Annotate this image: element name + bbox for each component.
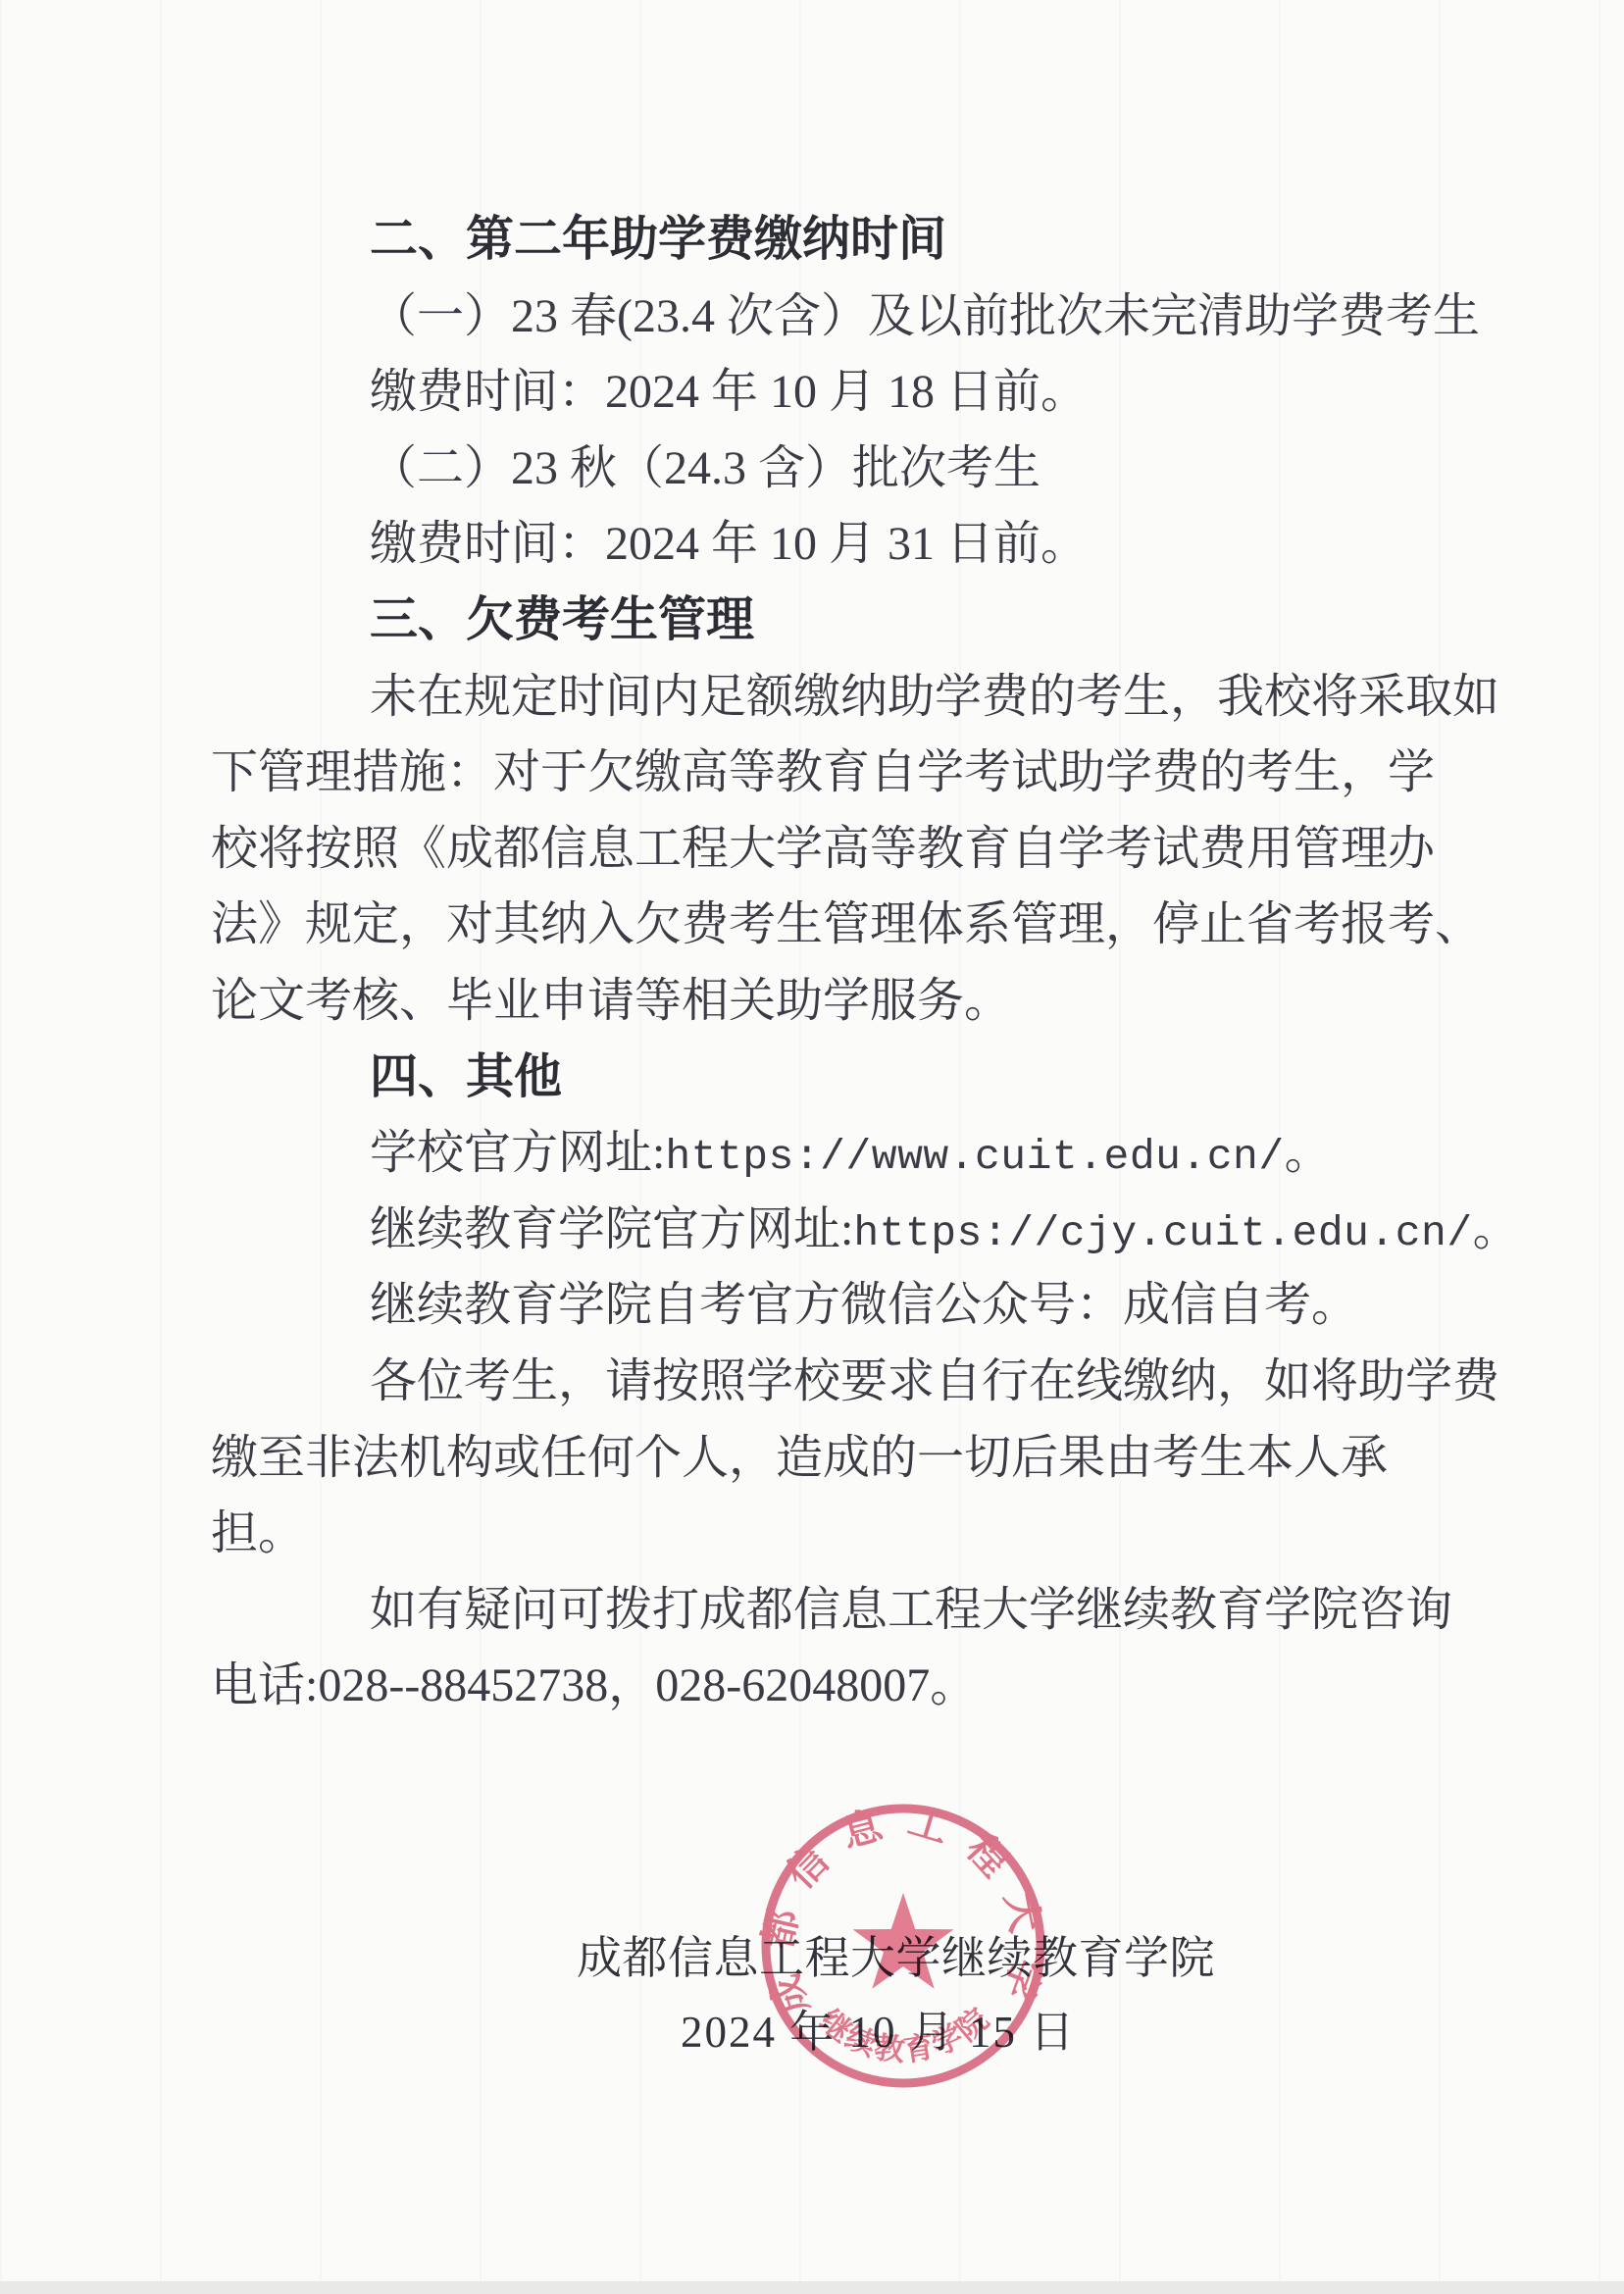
wechat-line: 继续教育学院自考官方微信公众号：成信自考。 <box>211 1267 1448 1344</box>
notice-body: 二、第二年助学费缴纳时间 （一）23 春(23.4 次含）及以前批次未完清助学费… <box>211 202 1448 1724</box>
batch-item-1: （一）23 春(23.4 次含）及以前批次未完清助学费考生 <box>211 279 1448 355</box>
para-contact-line-1: 如有疑问可拨打成都信息工程大学继续教育学院咨询 <box>211 1572 1448 1649</box>
para-arrears-line-5: 论文考核、毕业申请等相关助学服务。 <box>211 963 1448 1040</box>
official-seal-stamp: 成都信息工程大学 继续教育学院 <box>756 1799 1050 2093</box>
para-arrears-line-3: 校将按照《成都信息工程大学高等教育自学考试费用管理办 <box>211 811 1448 888</box>
para-notice-line-2: 缴至非法机构或任何个人，造成的一切后果由考生本人承 <box>211 1420 1448 1497</box>
school-site-period: 。 <box>1285 1127 1332 1179</box>
pay-time-2: 缴费时间：2024 年 10 月 31 日前。 <box>211 506 1448 583</box>
seal-bottom-text: 继续教育学院 <box>813 2001 996 2068</box>
scan-bottom-edge <box>0 2281 1624 2294</box>
para-notice-line-1: 各位考生，请按照学校要求自行在线缴纳，如将助学费 <box>211 1344 1448 1420</box>
svg-text:继续教育学院: 继续教育学院 <box>813 2001 996 2068</box>
seal-star-icon <box>853 1893 954 1989</box>
para-notice-line-3: 担。 <box>211 1496 1448 1572</box>
para-arrears-line-2: 下管理措施：对于欠缴高等教育自学考试助学费的考生，学 <box>211 735 1448 811</box>
section-heading-2: 二、第二年助学费缴纳时间 <box>211 202 1448 279</box>
school-site-line: 学校官方网址:https://www.cuit.edu.cn/。 <box>211 1115 1448 1192</box>
scanned-notice-page: 二、第二年助学费缴纳时间 （一）23 春(23.4 次含）及以前批次未完清助学费… <box>0 0 1624 2294</box>
school-site-label: 学校官方网址: <box>370 1127 665 1179</box>
para-arrears-line-1: 未在规定时间内足额缴纳助学费的考生，我校将采取如 <box>211 659 1448 736</box>
school-site-url: https://www.cuit.edu.cn/ <box>665 1133 1284 1181</box>
section-heading-3: 三、欠费考生管理 <box>211 583 1448 659</box>
batch-item-2: （二）23 秋（24.3 含）批次考生 <box>211 431 1448 507</box>
para-arrears-line-4: 法》规定，对其纳入欠费考生管理体系管理，停止省考报考、 <box>211 887 1448 963</box>
college-site-period: 。 <box>1473 1203 1520 1255</box>
pay-time-1: 缴费时间：2024 年 10 月 18 日前。 <box>211 354 1448 431</box>
college-site-url: https://cjy.cuit.edu.cn/ <box>853 1209 1472 1257</box>
para-contact-line-2: 电话:028--88452738，028-62048007。 <box>211 1648 1448 1724</box>
college-site-label: 继续教育学院官方网址: <box>370 1203 853 1255</box>
college-site-line: 继续教育学院官方网址:https://cjy.cuit.edu.cn/。 <box>211 1192 1448 1268</box>
section-heading-4: 四、其他 <box>211 1040 1448 1116</box>
